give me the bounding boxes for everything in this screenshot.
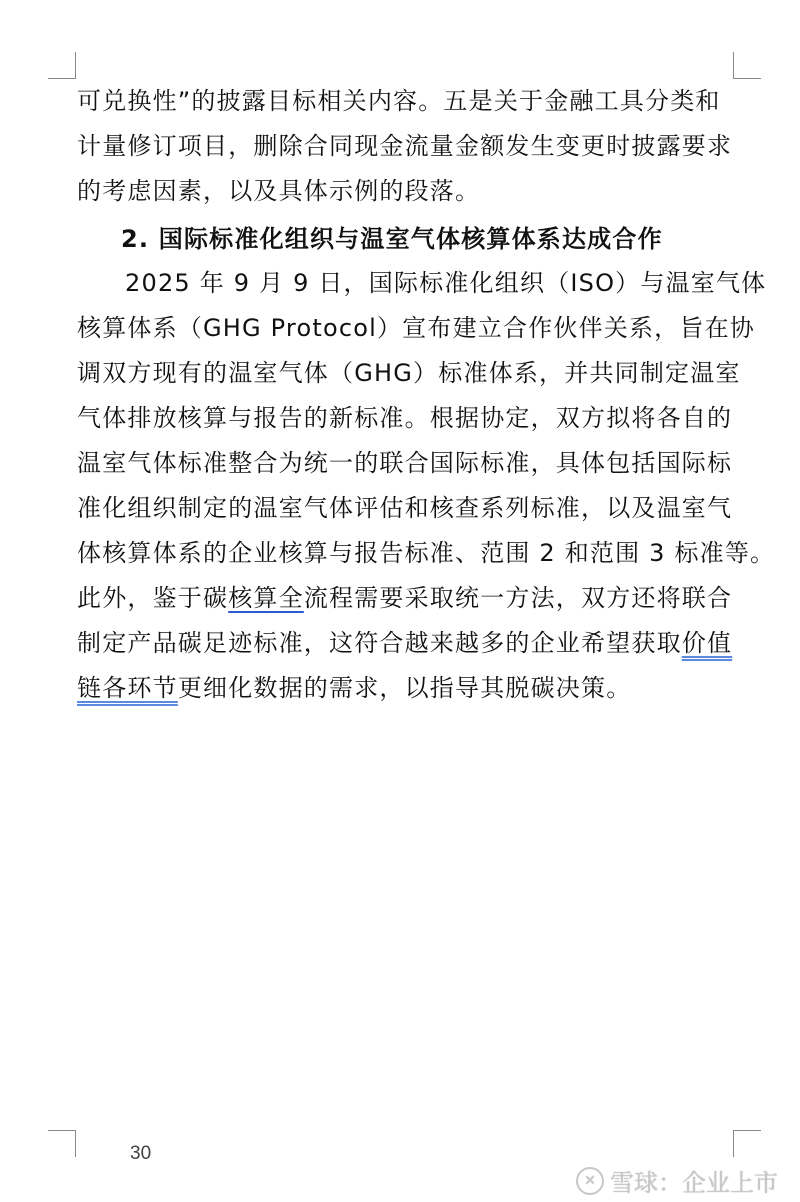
text-line: 可兑换性”的披露目标相关内容。五是关于金融工具分类和 (77, 86, 721, 116)
text-line: 准化组织制定的温室气体评估和核查系列标准，以及温室气 (77, 493, 732, 523)
text-line: 温室气体标准整合为统一的联合国际标准，具体包括国际标 (77, 448, 732, 478)
underlined-term[interactable]: 价值 (682, 629, 732, 657)
text-line: 2025 年 9 月 9 日，国际标准化组织（ISO）与温室气体 (125, 268, 766, 298)
page-number: 30 (130, 1143, 151, 1165)
underlined-term[interactable]: 链各环节 (77, 674, 178, 702)
text-line: 链各环节更细化数据的需求，以指导其脱碳决策。 (77, 673, 631, 703)
underlined-term[interactable]: 核算全 (228, 584, 304, 612)
section-heading: 2. 国际标准化组织与温室气体核算体系达成合作 (121, 224, 663, 254)
text-line: 核算体系（GHG Protocol）宣布建立合作伙伴关系，旨在协 (77, 313, 755, 343)
crop-mark-top-right (733, 52, 761, 79)
watermark: ✕ 雪球：企业上市 (576, 1163, 778, 1198)
text-line: 调双方现有的温室气体（GHG）标准体系，并共同制定温室 (77, 358, 741, 388)
text-line: 制定产品碳足迹标准，这符合越来越多的企业希望获取价值 (77, 628, 732, 658)
text-span: 更细化数据的需求，以指导其脱碳决策。 (178, 674, 632, 702)
watermark-text: 雪球：企业上市 (610, 1163, 778, 1198)
text-line: 气体排放核算与报告的新标准。根据协定，双方拟将各自的 (77, 403, 732, 433)
crop-mark-bottom-right (733, 1130, 761, 1157)
crop-mark-bottom-left (48, 1130, 76, 1157)
text-span: 制定产品碳足迹标准，这符合越来越多的企业希望获取 (77, 629, 682, 657)
text-line: 此外，鉴于碳核算全流程需要采取统一方法，双方还将联合 (77, 583, 732, 613)
snowball-logo-icon: ✕ (576, 1167, 604, 1195)
text-line: 计量修订项目，删除合同现金流量金额发生变更时披露要求 (77, 131, 732, 161)
text-span: 此外，鉴于碳 (77, 584, 228, 612)
text-line: 的考虑因素，以及具体示例的段落。 (77, 176, 480, 206)
text-line: 体核算体系的企业核算与报告标准、范围 2 和范围 3 标准等。 (77, 538, 775, 568)
crop-mark-top-left (48, 52, 76, 79)
text-span: 流程需要采取统一方法，双方还将联合 (304, 584, 732, 612)
